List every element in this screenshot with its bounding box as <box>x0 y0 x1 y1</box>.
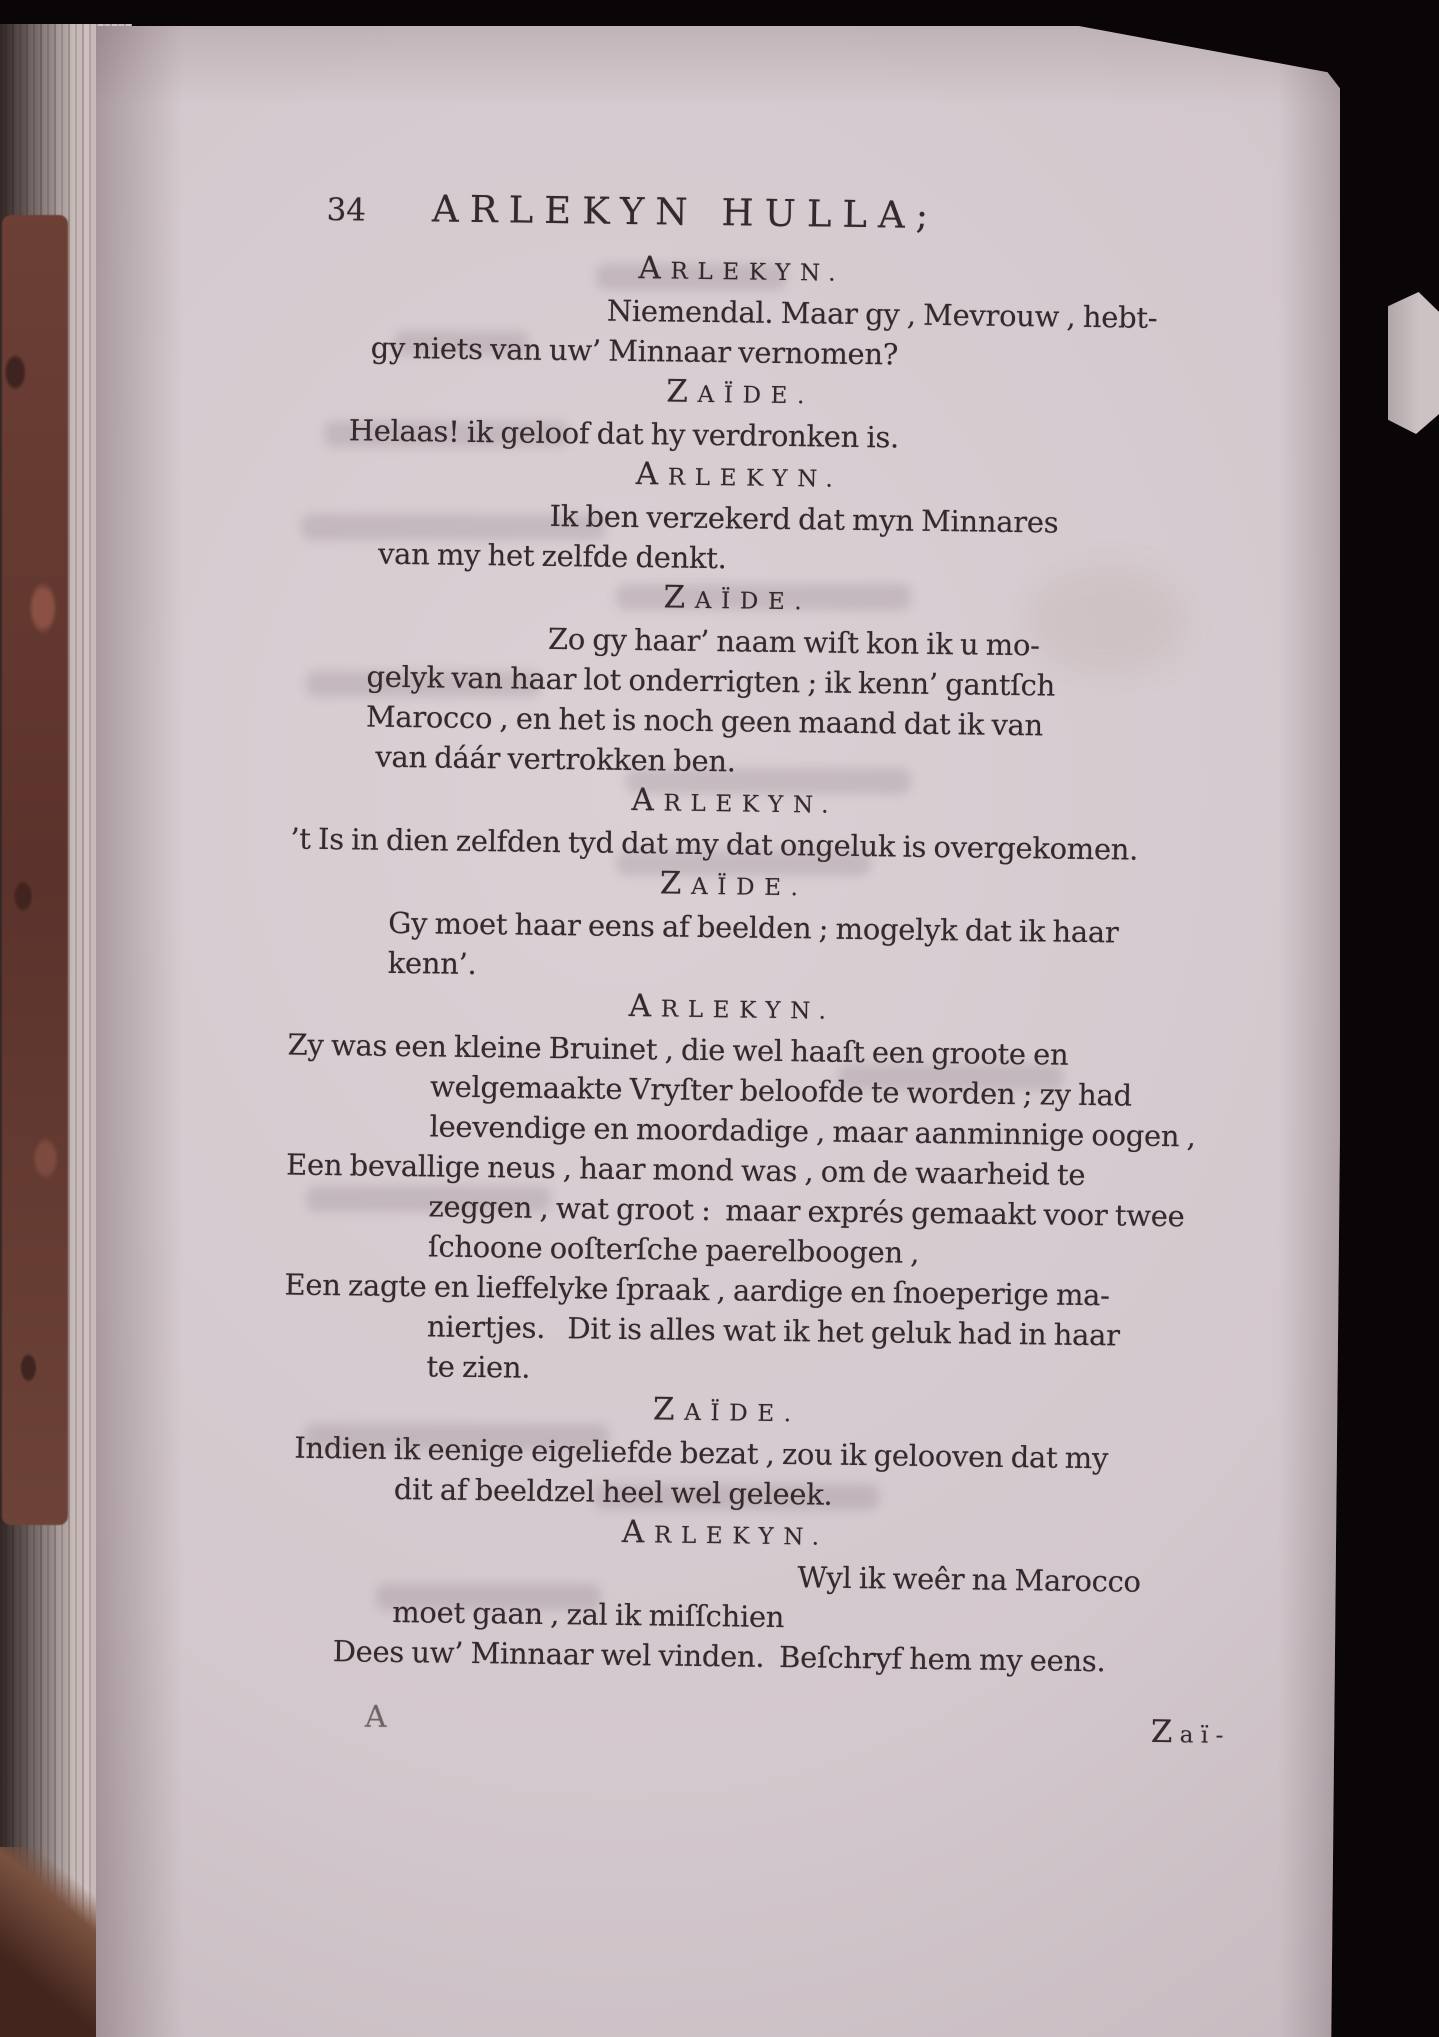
page-text: 34 ARLEKYN HULLA; ARLEKYN. Niemendal. Ma… <box>306 26 1160 1756</box>
dialogue: ARLEKYN. Niemendal. Maar gy , Mevrouw , … <box>307 244 1158 1682</box>
catchword: Zaï- <box>1151 1714 1231 1751</box>
book-page: 34 ARLEKYN HULLA; ARLEKYN. Niemendal. Ma… <box>96 26 1340 2037</box>
page-footer: A Zaï- <box>306 1699 1139 1756</box>
marbled-board-edge <box>2 215 68 1525</box>
page-number: 34 <box>326 186 366 235</box>
running-title: ARLEKYN HULLA; <box>432 185 940 240</box>
facing-page-sliver <box>1388 292 1439 434</box>
book-photo: 34 ARLEKYN HULLA; ARLEKYN. Niemendal. Ma… <box>0 0 1439 2037</box>
signature-mark: A <box>365 1700 387 1735</box>
page-header: 34 ARLEKYN HULLA; <box>326 184 1159 245</box>
